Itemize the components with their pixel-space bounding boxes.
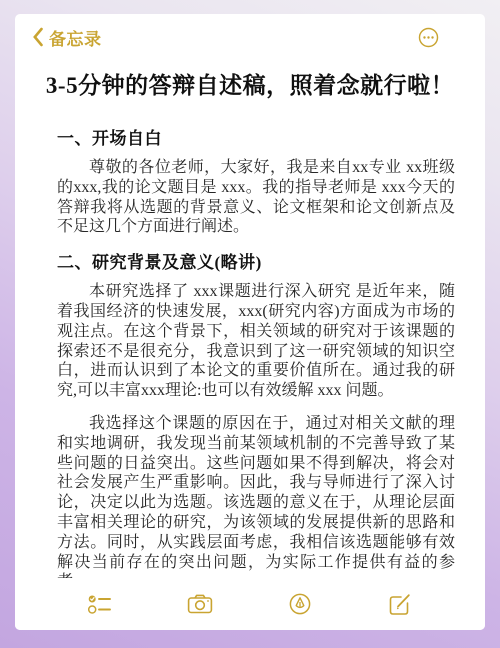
back-button[interactable]: 备忘录: [32, 25, 102, 50]
section-heading: 二、研究背景及意义(略讲): [57, 252, 455, 274]
paragraph: 我选择这个课题的原因在于，通过对相关文献的理和实地调研，我发现当前某领域机制的不…: [57, 414, 455, 592]
nav-bar: 备忘录: [32, 24, 468, 50]
section-opening: 一、开场自白 尊敬的各位老师，大家好，我是来自xx专业 xx班级的xxx,我的论…: [57, 128, 455, 237]
more-ellipsis-icon: [417, 36, 440, 53]
markup-button[interactable]: [287, 591, 313, 617]
note-body: 一、开场自白 尊敬的各位老师，大家好，我是来自xx专业 xx班级的xxx,我的论…: [57, 128, 455, 592]
camera-icon: [187, 591, 213, 617]
paragraph: 本研究选择了 xxx课题进行深入研究 是近年来，随着我国经济的快速发展，xxx(…: [57, 282, 455, 401]
checklist-icon: [87, 591, 113, 617]
back-label: 备忘录: [49, 25, 102, 50]
note-title: 3-5分钟的答辩自述稿，照着念就行啦！: [37, 70, 463, 101]
markup-icon: [287, 591, 313, 617]
compose-icon: [387, 591, 413, 617]
checklist-button[interactable]: [87, 591, 113, 617]
back-chevron-icon: [32, 27, 44, 47]
section-background: 二、研究背景及意义(略讲) 本研究选择了 xxx课题进行深入研究 是近年来，随着…: [57, 252, 455, 592]
bottom-toolbar: [15, 578, 485, 630]
camera-button[interactable]: [187, 591, 213, 617]
more-button[interactable]: [417, 26, 440, 49]
paragraph: 尊敬的各位老师，大家好，我是来自xx专业 xx班级的xxx,我的论文题目是 xx…: [57, 158, 455, 237]
section-heading: 一、开场自白: [57, 128, 455, 150]
compose-button[interactable]: [387, 591, 413, 617]
note-card: 备忘录 3-5分钟的答辩自述稿，照着念就行啦！ 一、开场自白 尊敬的各位老师，大…: [15, 14, 485, 630]
